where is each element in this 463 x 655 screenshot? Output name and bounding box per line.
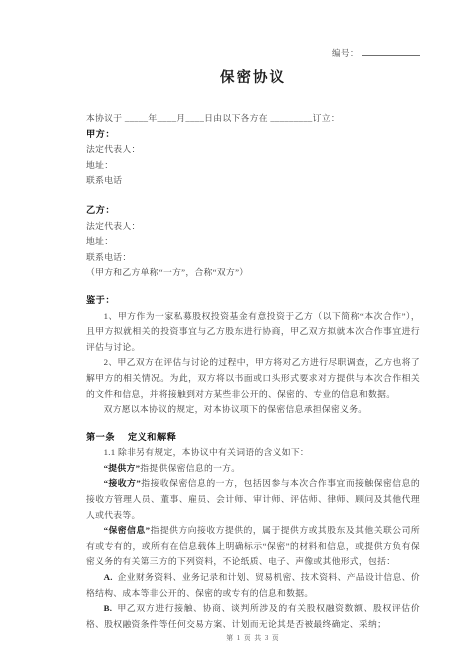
- party-a-phone: 联系电话: [86, 173, 420, 189]
- whereas-para-1: 1、甲方作为一家私募股权投资基金有意投资于乙方（以下简称“本次合作”），且甲方拟…: [86, 309, 420, 356]
- definition-receiver: “接收方”指接收保密信息的一方，包括因参与本次合作事宜而接触保密信息的接收方管理…: [86, 476, 420, 523]
- party-b-label: 乙方：: [86, 203, 420, 219]
- party-a-label: 甲方：: [86, 127, 420, 143]
- list-item-a: A.企业财务资料、业务记录和计划、贸易机密、技术资料、产品设计信息、价格结构、成…: [86, 570, 420, 601]
- intro-line: 本协议于 _____年____月____日由以下各方在 _________订立：: [86, 111, 420, 127]
- term-confidential-info: “保密信息”: [104, 525, 151, 535]
- document-page: 编号： 保密协议 本协议于 _____年____月____日由以下各方在 ___…: [0, 0, 463, 655]
- article1-number: 第一条: [86, 432, 115, 442]
- term-receiver: “接收方”: [104, 478, 142, 488]
- party-a-address: 地址：: [86, 158, 420, 174]
- whereas-para-3: 双方愿以本协议的规定，对本协议项下的保密信息承担保密义务。: [86, 402, 420, 418]
- list-item-b-text: 甲乙双方进行接触、协商、谈判所涉及的有关股权融资数额、股权评估价格、股权融资条件…: [86, 603, 420, 629]
- definition-confidential-info: “保密信息”指提供方向接收方提供的，属于提供方或其股东及其他关联公司所有或专有的…: [86, 523, 420, 570]
- whereas-heading: 鉴于：: [86, 293, 420, 309]
- article1-title: 定义和解释: [128, 432, 176, 442]
- doc-number-label: 编号：: [332, 48, 359, 58]
- page-title: 保密协议: [86, 69, 420, 87]
- term-provider: “提供方”: [104, 463, 141, 473]
- party-b-phone: 联系电话：: [86, 250, 420, 266]
- list-item-b-label: B.: [104, 603, 113, 613]
- list-item-a-label: A.: [104, 572, 113, 582]
- doc-number: 编号：: [86, 46, 420, 59]
- list-item-b: B.甲乙双方进行接触、协商、谈判所涉及的有关股权融资数额、股权评估价格、股权融资…: [86, 601, 420, 632]
- page-footer: 第 1 页 共 3 页: [86, 634, 420, 644]
- definition-provider: “提供方”指提供保密信息的一方。: [86, 461, 420, 477]
- clause-1-1: 1.1 除非另有规定，本协议中有关词语的含义如下：: [86, 445, 420, 461]
- party-b-address: 地址：: [86, 234, 420, 250]
- list-item-a-text: 企业财务资料、业务记录和计划、贸易机密、技术资料、产品设计信息、价格结构、成本等…: [86, 572, 420, 598]
- parties-note: （甲方和乙方单称“一方”，合称“双方”）: [86, 265, 420, 281]
- doc-number-blank: [362, 46, 420, 56]
- definition-provider-text: 指提供保密信息的一方。: [140, 463, 240, 473]
- whereas-para-2: 2、甲乙双方在评估与讨论的过程中，甲方将对乙方进行尽职调查，乙方也将了解甲方的相…: [86, 355, 420, 402]
- party-b-representative: 法定代表人：: [86, 219, 420, 235]
- article1-heading: 第一条定义和解释: [86, 430, 420, 446]
- party-a-representative: 法定代表人：: [86, 142, 420, 158]
